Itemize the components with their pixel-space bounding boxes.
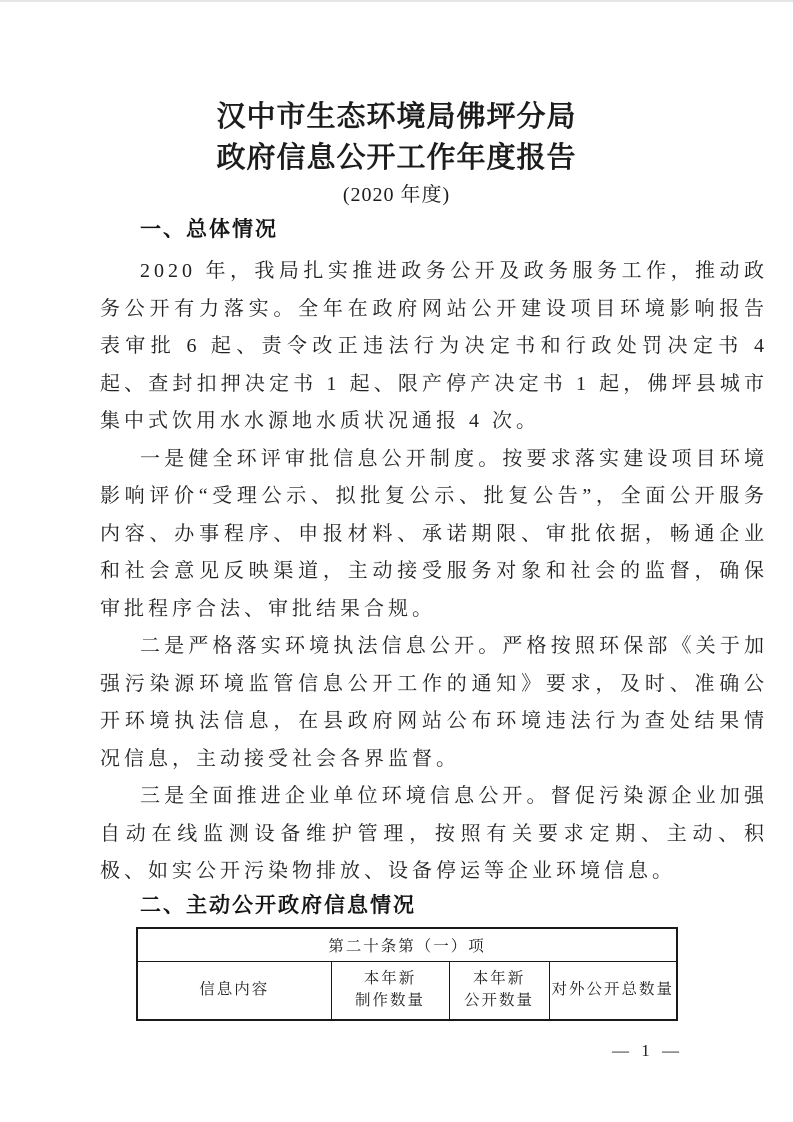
- col-header-line: 本年新: [450, 968, 549, 990]
- section-overall-paragraphs: 2020 年，我局扎实推进政务公开及政务服务工作，推动政务公开有力落实。全年在政…: [100, 253, 768, 891]
- table-span-header-cell: 第二十条第（一）项: [137, 928, 677, 962]
- document-title-line1: 汉中市生态环境局佛坪分局: [0, 97, 793, 138]
- page-top-edge-line: [0, 0, 793, 2]
- body-paragraph: 三是全面推进企业单位环境信息公开。督促污染源企业加强自动在线监测设备维护管理，按…: [100, 778, 768, 891]
- col-header-line: 信息内容: [138, 979, 331, 1001]
- section-heading-proactive-disclosure: 二、主动公开政府信息情况: [100, 891, 768, 921]
- disclosure-table: 第二十条第（一）项 信息内容 本年新 制作数量 本年新 公开数量: [136, 927, 678, 1021]
- document-subtitle: (2020 年度): [0, 181, 793, 209]
- col-header-line: 公开数量: [450, 990, 549, 1012]
- document-title: 汉中市生态环境局佛坪分局 政府信息公开工作年度报告: [0, 97, 793, 179]
- table-column-header-row: 信息内容 本年新 制作数量 本年新 公开数量 对外公开总数量: [137, 962, 677, 1020]
- col-header-new-disclosed: 本年新 公开数量: [449, 962, 549, 1020]
- document-body: 一、总体情况 2020 年，我局扎实推进政务公开及政务服务工作，推动政务公开有力…: [100, 215, 768, 1021]
- body-paragraph: 二是严格落实环境执法信息公开。严格按照环保部《关于加强污染源环境监管信息公开工作…: [100, 628, 768, 778]
- col-header-new-produced: 本年新 制作数量: [331, 962, 449, 1020]
- body-paragraph: 2020 年，我局扎实推进政务公开及政务服务工作，推动政务公开有力落实。全年在政…: [100, 253, 768, 441]
- document-title-line2: 政府信息公开工作年度报告: [0, 138, 793, 179]
- col-header-info-content: 信息内容: [137, 962, 331, 1020]
- section-heading-overall-situation: 一、总体情况: [100, 215, 768, 245]
- col-header-total-disclosed: 对外公开总数量: [549, 962, 677, 1020]
- col-header-line: 对外公开总数量: [550, 979, 677, 1001]
- col-header-line: 制作数量: [332, 990, 449, 1012]
- disclosure-table-wrap: 第二十条第（一）项 信息内容 本年新 制作数量 本年新 公开数量: [136, 927, 676, 1021]
- table-span-header-row: 第二十条第（一）项: [137, 928, 677, 962]
- page-number: — 1 —: [612, 1041, 683, 1061]
- col-header-line: 本年新: [332, 968, 449, 990]
- document-page: 汉中市生态环境局佛坪分局 政府信息公开工作年度报告 (2020 年度) 一、总体…: [0, 0, 793, 1122]
- body-paragraph: 一是健全环评审批信息公开制度。按要求落实建设项目环境影响评价“受理公示、拟批复公…: [100, 441, 768, 629]
